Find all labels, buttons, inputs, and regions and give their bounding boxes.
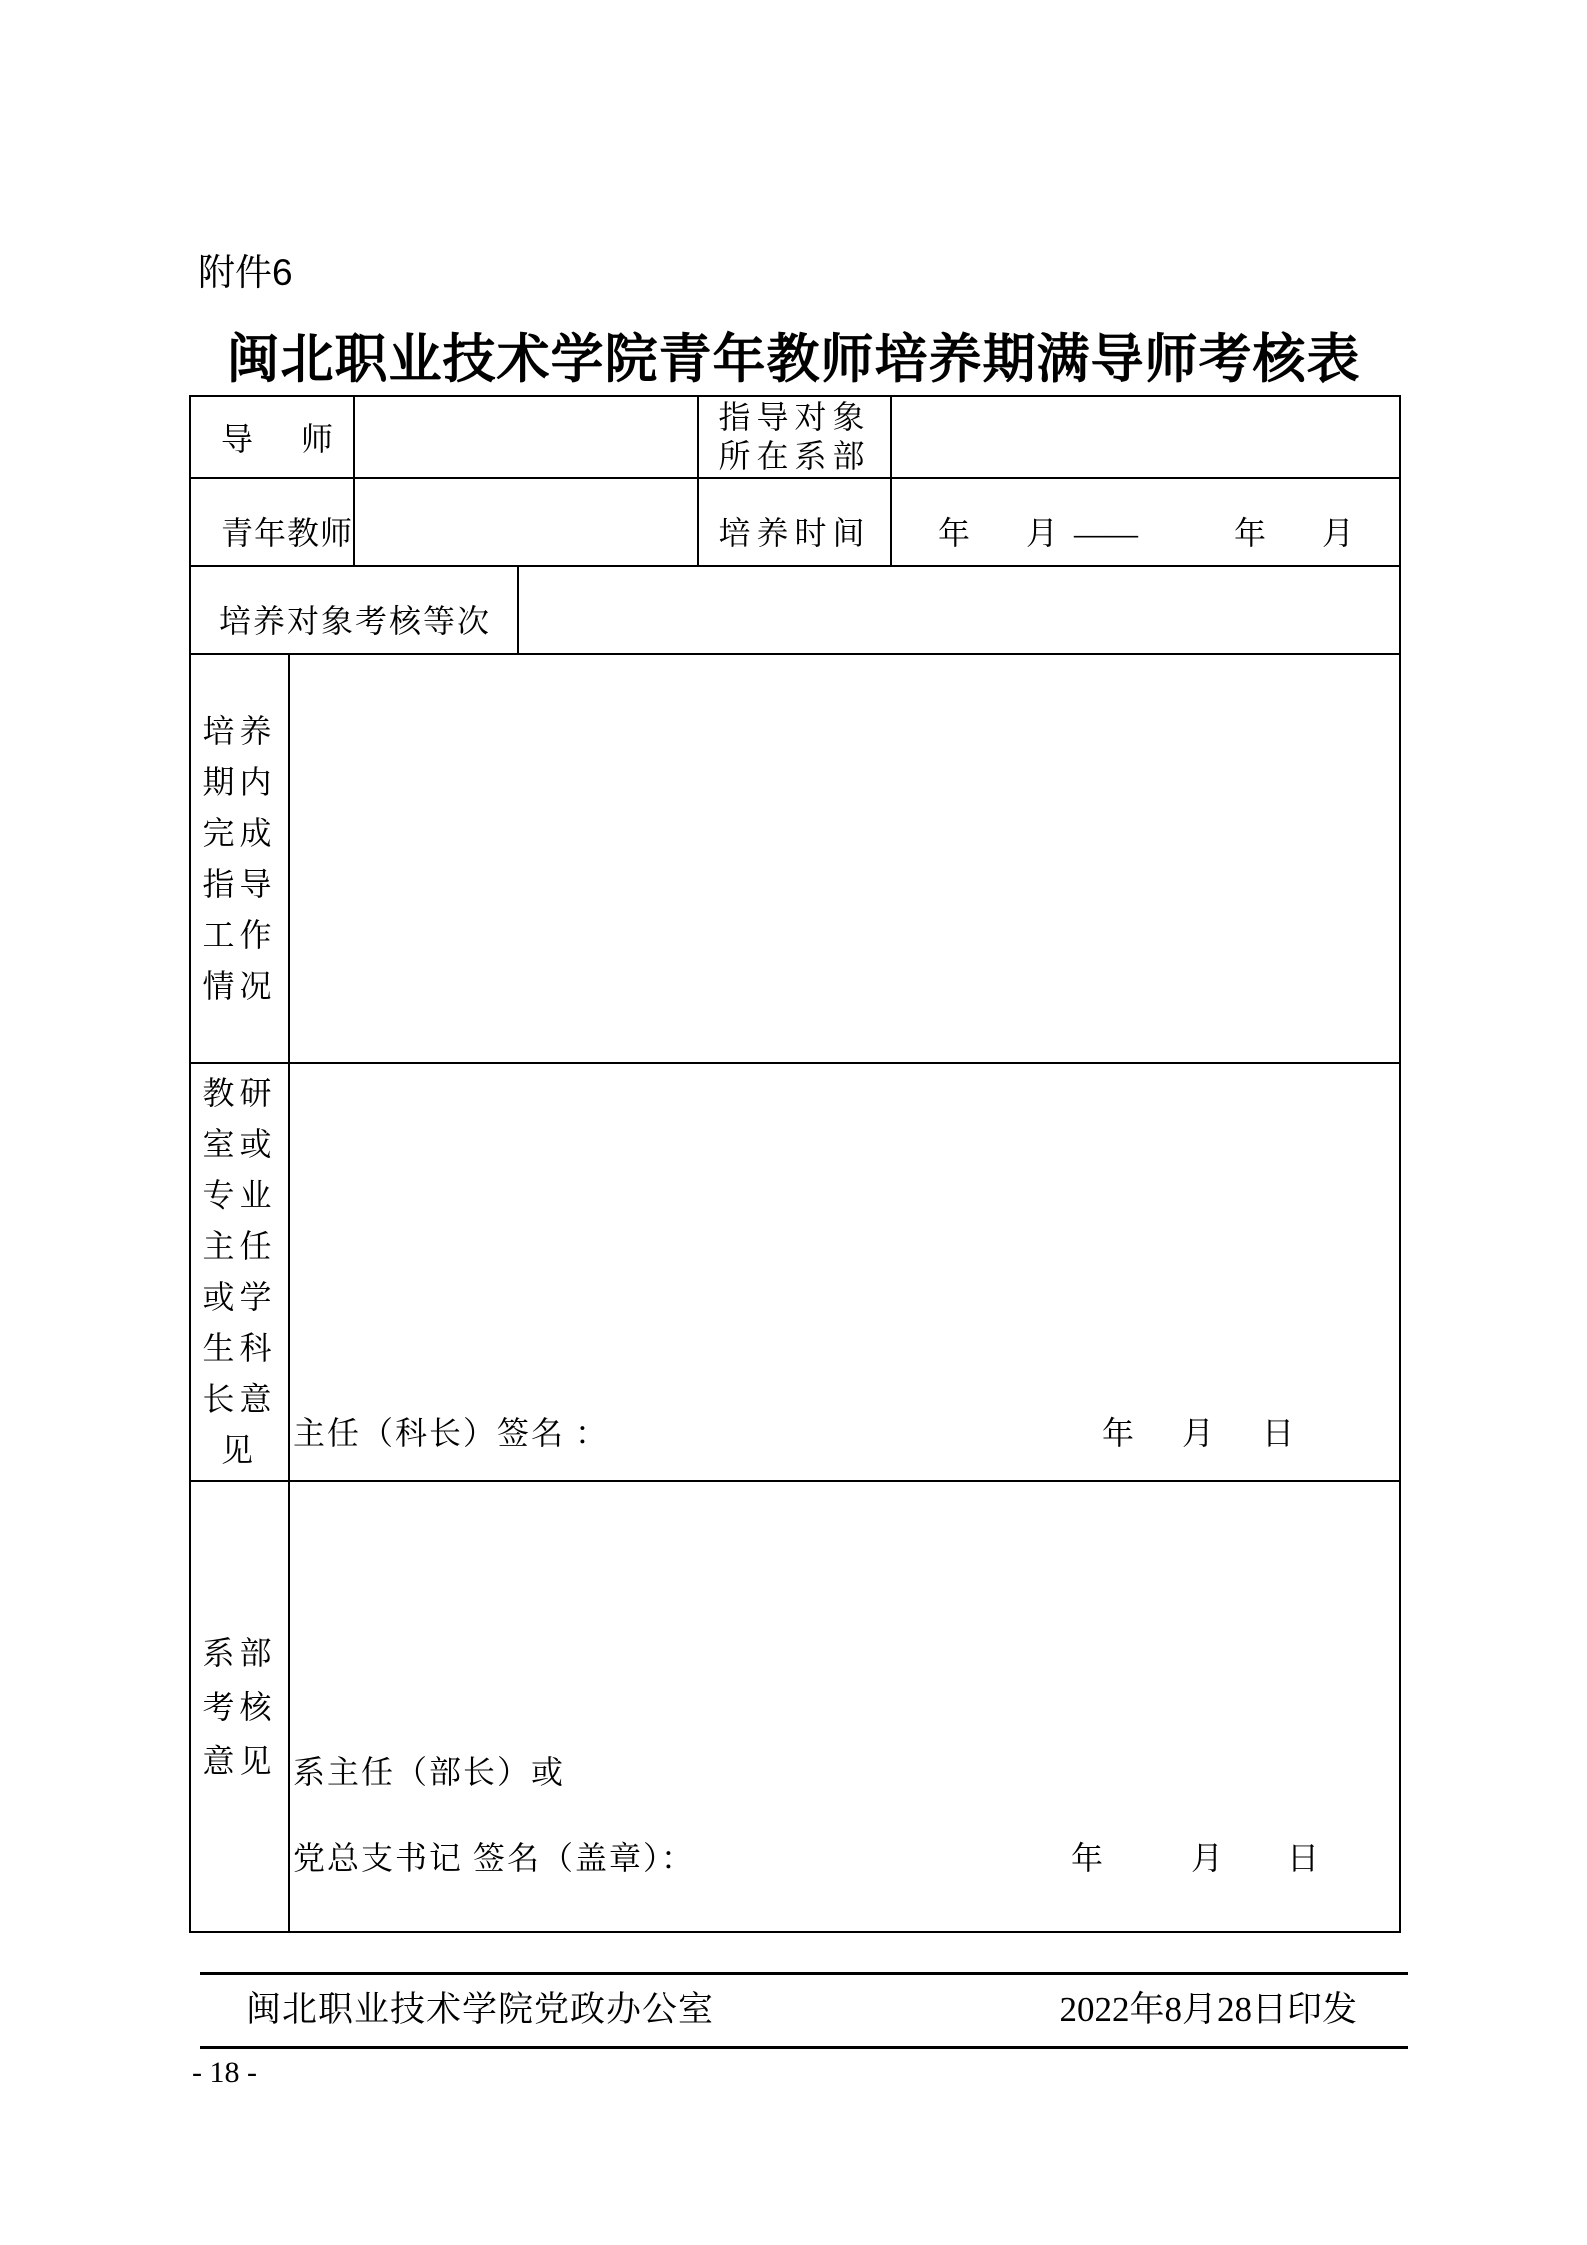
dept-opinion-content-cell: 系主任（部长）或 党总支书记 签名（盖章）： 年 月 日 (289, 1481, 1400, 1932)
grade-label: 培养对象考核等次 (219, 603, 491, 639)
table-row-mentor: 导 师 指导对象 所在系部 (190, 396, 1400, 478)
office-signature-line: 主任（科长）签名 ： 年 月 日 (293, 1408, 1399, 1454)
office-opinion-label-line: 教研 (191, 1068, 288, 1119)
office-opinion-label-line: 见 (191, 1425, 288, 1476)
period-value-cell: 年 月 —— 年 月 (891, 478, 1400, 566)
dept-label-cell: 指导对象 所在系部 (698, 396, 891, 478)
dept-label-line1: 指导对象 (699, 398, 890, 437)
grade-value-cell (518, 566, 1400, 654)
period-label-cell: 培养时间 (698, 478, 891, 566)
page-title: 闽北职业技术学院青年教师培养期满导师考核表 (0, 331, 1587, 389)
office-opinion-label-cell: 教研 室或 专业 主任 或学 生科 长意 见 (190, 1063, 289, 1481)
footer-divider-top (200, 1972, 1408, 1975)
dept-date-label: 年 月 日 (1071, 1833, 1319, 1879)
dept-label-line2: 所在系部 (699, 437, 890, 476)
office-opinion-label-line: 生科 (191, 1323, 288, 1374)
assessment-form-table: 导 师 指导对象 所在系部 青年教师 培养时间 年 月 —— 年 月 培养对象考… (189, 395, 1401, 1933)
table-row-dept-opinion: 系部 考核 意见 系主任（部长）或 党总支书记 签名（盖章）： 年 月 日 (190, 1481, 1400, 1932)
period-label: 培养时间 (719, 515, 871, 551)
mentor-label-cell: 导 师 (190, 396, 354, 478)
office-opinion-label-line: 专业 (191, 1170, 288, 1221)
teacher-value-cell (354, 478, 698, 566)
guidance-label-line: 期内 (191, 757, 288, 808)
guidance-label-cell: 培养 期内 完成 指导 工作 情况 (190, 654, 289, 1063)
dept-signer-line1: 系主任（部长）或 (293, 1747, 565, 1793)
footer-divider-bottom (200, 2046, 1408, 2049)
guidance-label-line: 指导 (191, 859, 288, 910)
office-opinion-content-cell: 主任（科长）签名 ： 年 月 日 (289, 1063, 1400, 1481)
dept-value-cell (891, 396, 1400, 478)
dept-opinion-label-line: 意见 (191, 1734, 288, 1788)
dept-opinion-label-line: 考核 (191, 1680, 288, 1734)
period-value: 年 月 —— 年 月 (938, 515, 1354, 551)
dept-signature-line: 党总支书记 签名（盖章）： 年 月 日 (293, 1833, 1399, 1879)
office-opinion-label-line: 主任 (191, 1221, 288, 1272)
teacher-label-cell: 青年教师 (190, 478, 354, 566)
office-opinion-label-line: 室或 (191, 1119, 288, 1170)
footer-print-date: 2022年8月28日印发 (1059, 1990, 1357, 2030)
teacher-label: 青年教师 (221, 515, 353, 551)
office-opinion-label-line: 或学 (191, 1272, 288, 1323)
guidance-label-line: 工作 (191, 910, 288, 961)
mentor-label: 导 师 (221, 421, 333, 457)
table-row-guidance: 培养 期内 完成 指导 工作 情况 (190, 654, 1400, 1063)
guidance-label-line: 培养 (191, 706, 288, 757)
table-row-office-opinion: 教研 室或 专业 主任 或学 生科 长意 见 主任（科长）签名 ： 年 月 日 (190, 1063, 1400, 1481)
footer-office: 闽北职业技术学院党政办公室 (246, 1990, 714, 2030)
grade-label-cell: 培养对象考核等次 (190, 566, 518, 654)
dept-opinion-label-line: 系部 (191, 1626, 288, 1680)
dept-signature-label: 党总支书记 签名（盖章）： (293, 1833, 695, 1879)
table-row-grade: 培养对象考核等次 (190, 566, 1400, 654)
guidance-content-cell (289, 654, 1400, 1063)
guidance-label-line: 完成 (191, 808, 288, 859)
office-opinion-label-line: 长意 (191, 1374, 288, 1425)
guidance-label-line: 情况 (191, 961, 288, 1012)
office-signature-label: 主任（科长）签名 ： (293, 1408, 609, 1454)
mentor-value-cell (354, 396, 698, 478)
table-row-teacher: 青年教师 培养时间 年 月 —— 年 月 (190, 478, 1400, 566)
page-number: - 18 - (192, 2056, 257, 2090)
attachment-label: 附件6 (198, 252, 293, 294)
document-page: 附件6 闽北职业技术学院青年教师培养期满导师考核表 导 师 指导对象 所在系部 … (0, 0, 1587, 2245)
dept-opinion-label-cell: 系部 考核 意见 (190, 1481, 289, 1932)
office-date-label: 年 月 日 (1102, 1408, 1294, 1454)
